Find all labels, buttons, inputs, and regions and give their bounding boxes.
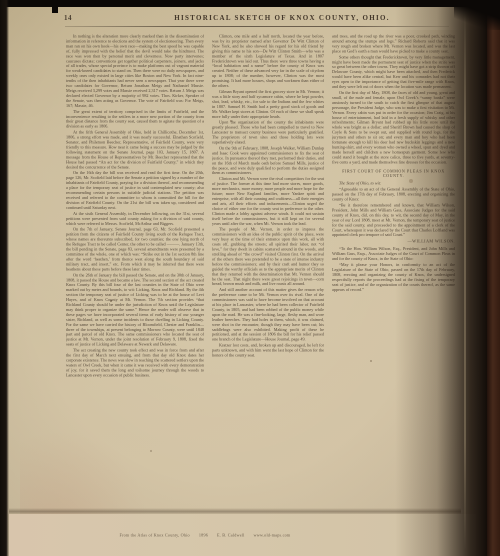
paragraph: On the 16th day the bill was received an… xyxy=(66,171,204,211)
page-edge-highlight xyxy=(464,10,466,550)
paragraph: Clinton, one mile and a half north, loca… xyxy=(212,34,324,88)
header-rule xyxy=(65,26,449,27)
paragraph: Upon the organization of the county the … xyxy=(212,120,324,145)
paragraph: Gilman Bryant opened the first grocery s… xyxy=(212,89,324,119)
paragraph: The act creating the new county took eff… xyxy=(66,348,204,378)
top-edge-notch xyxy=(52,0,58,13)
caption-publisher: E. B. Caldwell xyxy=(217,533,244,538)
caption-year: 1896 xyxy=(199,533,208,538)
top-right-corner-shadow xyxy=(454,0,500,30)
paragraph: At the sixth General Assembly, in Decemb… xyxy=(66,211,204,226)
caption-website: www.old-maps.com xyxy=(254,533,291,538)
paragraph: Kratzer lost costs, and, broken up and d… xyxy=(212,343,324,358)
text-column-left: In nothing is the alteration more clearl… xyxy=(66,34,204,506)
left-edge-dark-band xyxy=(0,0,9,556)
paragraph: The great extent of territory comprised … xyxy=(66,109,204,129)
paragraph: Clinton and Mt. Vernon were the rival co… xyxy=(212,177,324,227)
paragraph: At the fifth General Assembly of Ohio, h… xyxy=(66,130,204,170)
top-edge-dark-band xyxy=(0,0,500,7)
book-cover-edge xyxy=(487,0,500,556)
paragraph: On the 26th of January the bill passed t… xyxy=(66,273,204,347)
page-number: 14 xyxy=(64,14,72,22)
dust-speckles xyxy=(110,300,112,302)
scan-caption: From the Atlas of Knox County, Ohio1896E… xyxy=(115,533,247,538)
paragraph: The people of Mt. Vernon, in order to im… xyxy=(212,227,324,286)
paragraph: And still another account of this matter… xyxy=(212,288,324,342)
text-column-middle: Clinton, one mile and a half north, loca… xyxy=(212,34,324,506)
page-curl-shadow xyxy=(395,0,500,556)
paragraph: On the 9th of February, 1808, Joseph Wal… xyxy=(212,146,324,176)
book-page-scan: 14 HISTORICAL SKETCH OF KNOX COUNTY, OHI… xyxy=(0,0,500,556)
paragraph: In nothing is the alteration more clearl… xyxy=(66,34,204,108)
paragraph: On the 7th of January, Senate Journal, p… xyxy=(66,227,204,272)
caption-source: From the Atlas of Knox County, Ohio xyxy=(120,533,190,538)
